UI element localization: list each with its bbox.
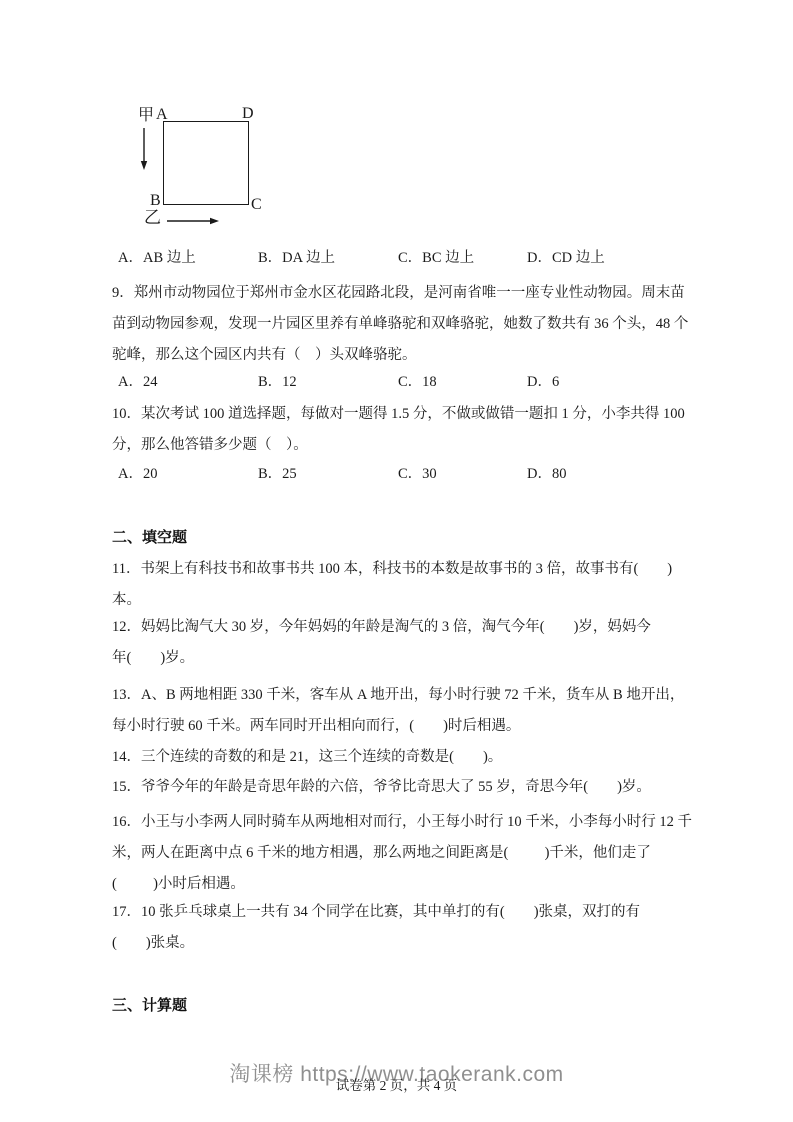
option-b: B．DA 边上 [258,243,335,274]
option-d: D．80 [527,459,566,490]
question12-text-line: 年( )岁。 [112,643,194,674]
exam-page: 甲 A D B C 乙 A．AB 边上 B．DA 边上 C．BC 边上 D．CD… [0,0,793,1122]
option-a: A．AB 边上 [118,243,196,274]
question9-text-line: 苗到动物园参观，发现一片园区里养有单峰骆驼和双峰骆驼，她数了数共有 36 个头，… [112,309,688,340]
question8-options: A．AB 边上 B．DA 边上 C．BC 边上 D．CD 边上 [112,243,712,274]
question15-text-line: 15．爷爷今年的年龄是奇思年龄的六倍，爷爷比奇思大了 55 岁，奇思今年( )岁… [112,772,651,803]
section-title-fill-in: 二、填空题 [112,522,187,553]
option-b: B．25 [258,459,297,490]
question11-text-line: 11．书架上有科技书和故事书共 100 本，科技书的本数是故事书的 3 倍，故事… [112,554,672,585]
option-d: D．6 [527,367,559,398]
section-title-calculation: 三、计算题 [112,990,187,1021]
option-b: B．12 [258,367,297,398]
question13-text-line: 13．A、B 两地相距 330 千米，客车从 A 地开出，每小时行驶 72 千米… [112,680,684,711]
option-d: D．CD 边上 [527,243,605,274]
figure-corner-b: B [150,193,161,209]
question9-text-line: 9．郑州市动物园位于郑州市金水区花园路北段，是河南省唯一一座专业性动物园。周末苗 [112,278,685,309]
question14-text-line: 14．三个连续的奇数的和是 21，这三个连续的奇数是( )。 [112,742,502,773]
option-c: C．18 [398,367,437,398]
question16-text-line: 16．小王与小李两人同时骑车从两地相对而行，小王每小时行 10 千米，小李每小时… [112,807,692,838]
option-c: C．30 [398,459,437,490]
question12-text-line: 12．妈妈比淘气大 30 岁，今年妈妈的年龄是淘气的 3 倍，淘气今年( )岁，… [112,612,651,643]
right-arrow-icon [167,215,219,227]
question17-text-line: 17．10 张乒乓球桌上一共有 34 个同学在比赛，其中单打的有( )张桌，双打… [112,897,640,928]
question10-text-line: 分，那么他答错多少题（ ）。 [112,430,308,461]
question16-text-line: ( )小时后相遇。 [112,869,245,900]
option-a: A．20 [118,459,157,490]
figure-label-jia: 甲 [138,108,154,124]
page-number-text: 试卷第 2 页，共 4 页 [0,1077,793,1095]
question10-options: A．20 B．25 C．30 D．80 [112,459,712,490]
question16-text-line: 米，两人在距离中点 6 千米的地方相遇，那么两地之间距离是( )千米，他们走了 [112,838,651,869]
figure-corner-c: C [251,197,262,213]
figure-square [163,121,249,205]
option-c: C．BC 边上 [398,243,474,274]
option-a: A．24 [118,367,157,398]
question17-text-line: ( )张桌。 [112,928,194,959]
question13-text-line: 每小时行驶 60 千米。两车同时开出相向而行，( )时后相遇。 [112,711,520,742]
figure-corner-d: D [242,106,254,122]
down-arrow-icon [138,128,150,170]
figure-label-yi: 乙 [144,210,161,226]
question9-options: A．24 B．12 C．18 D．6 [112,367,712,398]
question10-text-line: 10．某次考试 100 道选择题，每做对一题得 1.5 分，不做或做错一题扣 1… [112,399,685,430]
question8-figure: 甲 A D B C 乙 [130,98,310,238]
